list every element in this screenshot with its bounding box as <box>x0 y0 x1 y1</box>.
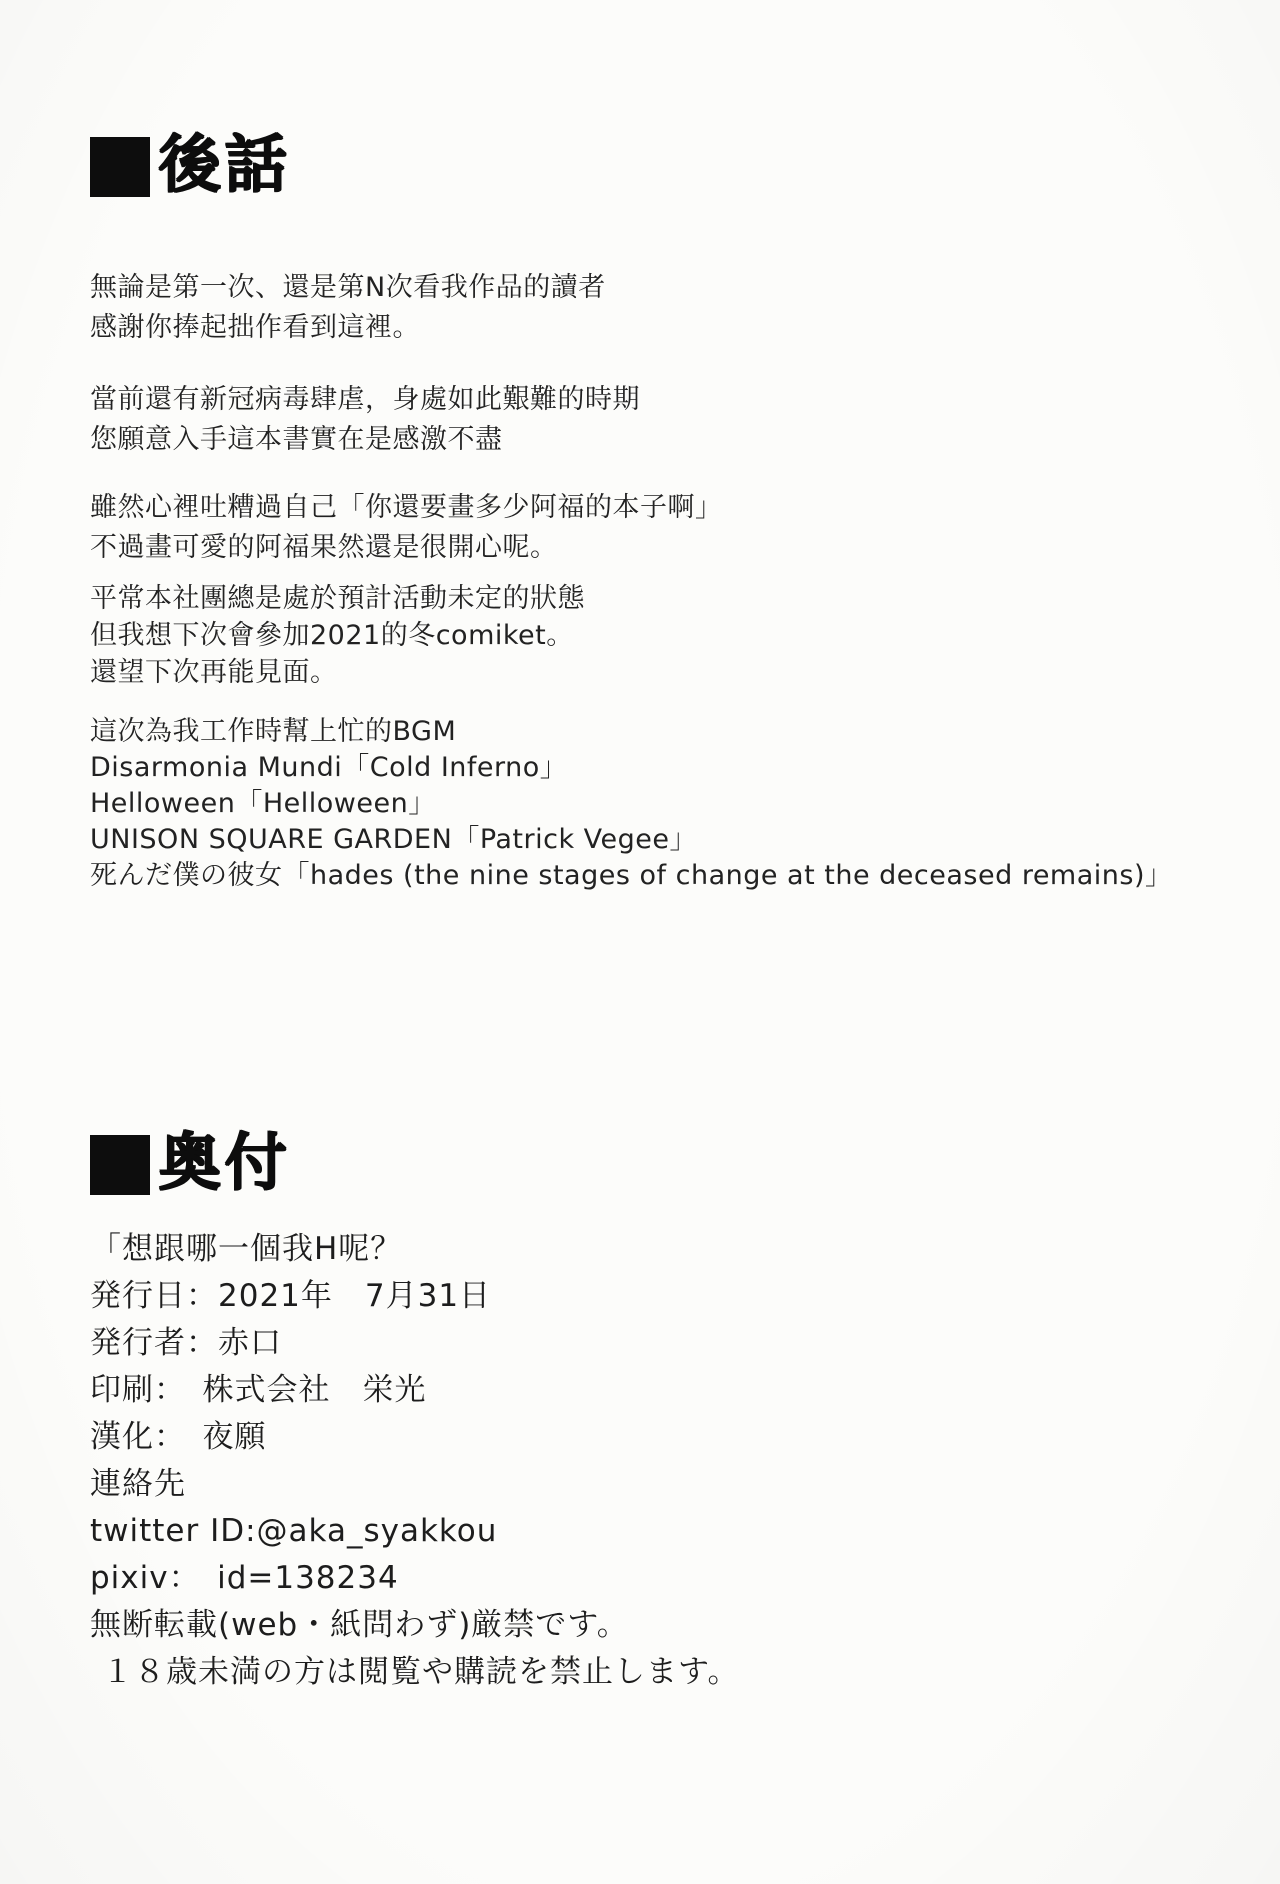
colophon-printer: 印刷： 株式会社 栄光 <box>90 1367 740 1414</box>
text-line: 這次為我工作時幫上忙的BGM <box>90 714 1173 750</box>
colophon-book-title: 「想跟哪一個我H呢？ <box>90 1226 740 1273</box>
text-line: Helloween「Helloween」 <box>90 786 1173 822</box>
afterword-paragraph: 雖然心裡吐糟過自己「你還要畫多少阿福的本子啊」 不過畫可愛的阿福果然還是很開心呢… <box>90 488 723 568</box>
afterword-paragraph: 無論是第一次、還是第N次看我作品的讀者 感謝你捧起拙作看到這裡。 <box>90 268 606 348</box>
text-line: 死んだ僕の彼女「hades (the nine stages of change… <box>90 858 1173 894</box>
colophon-block: 「想跟哪一個我H呢？ 発行日：2021年 7月31日 発行者：赤口 印刷： 株式… <box>90 1226 740 1696</box>
text-line: 當前還有新冠病毒肆虐，身處如此艱難的時期 <box>90 380 640 420</box>
afterword-section-heading: 後話 <box>90 130 290 198</box>
text-line: 還望下次再能見面。 <box>90 654 585 691</box>
afterword-paragraph: 平常本社團總是處於預計活動未定的狀態 但我想下次會參加2021的冬comiket… <box>90 580 585 691</box>
text-line: 但我想下次會參加2021的冬comiket。 <box>90 617 585 654</box>
colophon-heading-text: 奥付 <box>158 1128 290 1196</box>
text-line: 無論是第一次、還是第N次看我作品的讀者 <box>90 268 606 308</box>
text-line: 您願意入手這本書實在是感激不盡 <box>90 420 640 460</box>
colophon-translator: 漢化： 夜願 <box>90 1414 740 1461</box>
colophon-twitter-id: twitter ID:@aka_syakkou <box>90 1508 740 1555</box>
afterword-paragraph: 當前還有新冠病毒肆虐，身處如此艱難的時期 您願意入手這本書實在是感激不盡 <box>90 380 640 460</box>
colophon-section-heading: 奥付 <box>90 1128 290 1196</box>
scanned-doujinshi-afterword-page: 後話 無論是第一次、還是第N次看我作品的讀者 感謝你捧起拙作看到這裡。 當前還有… <box>0 0 1280 1884</box>
text-line: 平常本社團總是處於預計活動未定的狀態 <box>90 580 585 617</box>
afterword-bgm-list: 這次為我工作時幫上忙的BGM Disarmonia Mundi「Cold Inf… <box>90 714 1173 894</box>
text-line: 雖然心裡吐糟過自己「你還要畫多少阿福的本子啊」 <box>90 488 723 528</box>
colophon-publisher: 発行者：赤口 <box>90 1320 740 1367</box>
colophon-no-reprint-notice: 無断転載(web・紙問わず)厳禁です。 <box>90 1602 740 1649</box>
colophon-contact-label: 連絡先 <box>90 1461 740 1508</box>
colophon-age-restriction-notice: １８歳未満の方は閲覧や購読を禁止します。 <box>90 1649 740 1696</box>
colophon-publish-date: 発行日：2021年 7月31日 <box>90 1273 740 1320</box>
text-line: 不過畫可愛的阿福果然還是很開心呢。 <box>90 528 723 568</box>
black-square-icon <box>90 137 150 197</box>
text-line: 感謝你捧起拙作看到這裡。 <box>90 308 606 348</box>
text-line: UNISON SQUARE GARDEN「Patrick Vegee」 <box>90 822 1173 858</box>
text-line: Disarmonia Mundi「Cold Inferno」 <box>90 750 1173 786</box>
colophon-pixiv-id: pixiv： id=138234 <box>90 1555 740 1602</box>
afterword-heading-text: 後話 <box>158 130 290 198</box>
black-square-icon <box>90 1135 150 1195</box>
